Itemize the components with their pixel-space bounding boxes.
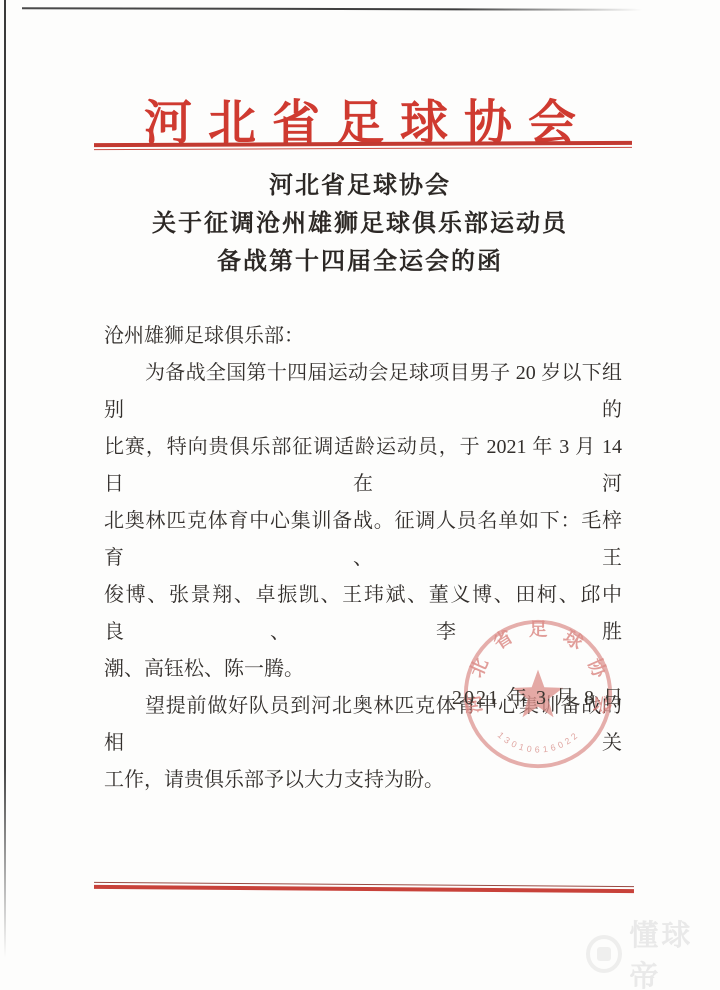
footer-double-rule bbox=[94, 882, 634, 893]
body-line: 北奥林匹克体育中心集训备战。征调人员名单如下：毛梓育、王 bbox=[104, 503, 622, 577]
letter-date: 2021 年 3 月 8 日 bbox=[452, 681, 652, 710]
body-line: 为备战全国第十四届运动会足球项目男子 20 岁以下组别的 bbox=[104, 355, 622, 429]
document-title: 河北省足球协会 关于征调沧州雄狮足球俱乐部运动员 备战第十四届全运会的函 bbox=[60, 167, 660, 281]
document-title-line-3: 备战第十四届全运会的函 bbox=[60, 243, 660, 281]
document-title-line-2: 关于征调沧州雄狮足球俱乐部运动员 bbox=[60, 205, 660, 243]
svg-text:13010616022: 13010616022 bbox=[496, 730, 580, 755]
watermark-logo-icon bbox=[586, 935, 622, 973]
body-line: 比赛，特向贵俱乐部征调适龄运动员，于 2021 年 3 月 14 日在河 bbox=[104, 429, 622, 503]
scanned-letter-page: 河北省足球协会 河北省足球协会 关于征调沧州雄狮足球俱乐部运动员 备战第十四届全… bbox=[0, 0, 720, 990]
document-title-line-1: 河北省足球协会 bbox=[60, 167, 660, 205]
scan-edge-top bbox=[22, 7, 642, 11]
salutation: 沧州雄狮足球俱乐部： bbox=[104, 318, 622, 355]
seal-code: 13010616022 bbox=[496, 730, 580, 755]
watermark-text: 懂球帝 bbox=[629, 913, 720, 990]
watermark: 懂球帝 bbox=[586, 931, 720, 977]
